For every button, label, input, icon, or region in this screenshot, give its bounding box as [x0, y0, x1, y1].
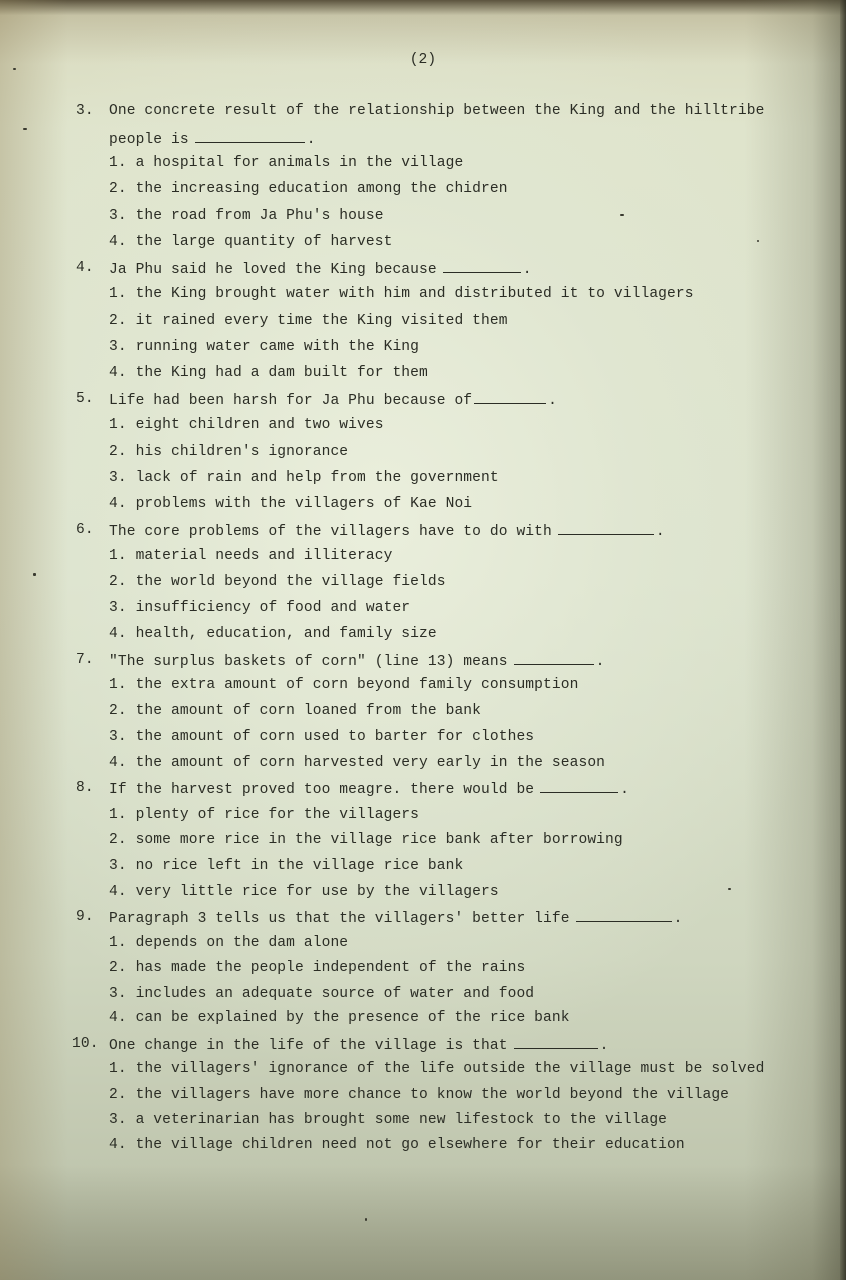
question-number: 4. — [76, 258, 94, 278]
option-4[interactable]: 4. the amount of corn harvested very ear… — [109, 753, 605, 773]
question-number: 7. — [76, 650, 94, 670]
question-number: 10. — [72, 1034, 99, 1054]
option-4[interactable]: 4. very little rice for use by the villa… — [109, 882, 499, 902]
option-4[interactable]: 4. health, education, and family size — [109, 624, 437, 644]
option-3[interactable]: 3. running water came with the King — [109, 337, 419, 357]
option-1[interactable]: 1. eight children and two wives — [109, 415, 384, 435]
blank-period: . — [307, 132, 316, 148]
option-1[interactable]: 1. the extra amount of corn beyond famil… — [109, 675, 578, 695]
answer-blank[interactable] — [558, 520, 654, 535]
question-stem: If the harvest proved too meagre. there … — [109, 782, 534, 798]
option-2[interactable]: 2. his children's ignorance — [109, 442, 348, 462]
answer-blank[interactable] — [474, 389, 546, 404]
option-1[interactable]: 1. the King brought water with him and d… — [109, 284, 694, 304]
question-stem: Ja Phu said he loved the King because — [109, 262, 437, 278]
option-1[interactable]: 1. depends on the dam alone — [109, 933, 348, 953]
paper-speck — [620, 214, 624, 216]
blank-period: . — [656, 524, 665, 540]
option-1[interactable]: 1. plenty of rice for the villagers — [109, 805, 419, 825]
paper-speck — [23, 128, 27, 130]
option-3[interactable]: 3. includes an adequate source of water … — [109, 984, 534, 1004]
option-2[interactable]: 2. it rained every time the King visited… — [109, 311, 508, 331]
option-2[interactable]: 2. the villagers have more chance to kno… — [109, 1085, 729, 1105]
paper-speck — [13, 68, 16, 70]
exam-page: (2) 3. One concrete result of the relati… — [0, 0, 846, 1280]
question-number: 9. — [76, 907, 94, 927]
option-2[interactable]: 2. the world beyond the village fields — [109, 572, 446, 592]
question-number: 6. — [76, 520, 94, 540]
option-3[interactable]: 3. lack of rain and help from the govern… — [109, 468, 499, 488]
answer-blank[interactable] — [195, 128, 305, 143]
option-2[interactable]: 2. the increasing education among the ch… — [109, 179, 508, 199]
paper-speck — [365, 1218, 367, 1221]
option-1[interactable]: 1. a hospital for animals in the village — [109, 153, 463, 173]
answer-blank[interactable] — [540, 778, 618, 793]
option-2[interactable]: 2. the amount of corn loaned from the ba… — [109, 701, 481, 721]
paper-speck — [728, 888, 731, 890]
blank-period: . — [523, 262, 532, 278]
question-number: 3. — [76, 101, 94, 121]
question-stem: Paragraph 3 tells us that the villagers'… — [109, 911, 570, 927]
paper-speck — [33, 573, 36, 576]
answer-blank[interactable] — [514, 650, 594, 665]
option-4[interactable]: 4. the village children need not go else… — [109, 1135, 685, 1155]
blank-period: . — [620, 782, 629, 798]
question-stem: One change in the life of the village is… — [109, 1038, 508, 1054]
question-stem-cont: people is — [109, 132, 189, 148]
page-number: (2) — [0, 52, 846, 68]
option-4[interactable]: 4. the large quantity of harvest — [109, 232, 392, 252]
option-3[interactable]: 3. the amount of corn used to barter for… — [109, 727, 534, 747]
paper-speck — [757, 240, 759, 242]
option-2[interactable]: 2. has made the people independent of th… — [109, 958, 525, 978]
option-1[interactable]: 1. material needs and illiteracy — [109, 546, 392, 566]
answer-blank[interactable] — [576, 907, 672, 922]
option-2[interactable]: 2. some more rice in the village rice ba… — [109, 830, 623, 850]
blank-period: . — [674, 911, 683, 927]
question-stem: Life had been harsh for Ja Phu because o… — [109, 393, 472, 409]
option-3[interactable]: 3. the road from Ja Phu's house — [109, 206, 384, 226]
option-4[interactable]: 4. problems with the villagers of Kae No… — [109, 494, 472, 514]
answer-blank[interactable] — [514, 1034, 598, 1049]
option-3[interactable]: 3. a veterinarian has brought some new l… — [109, 1110, 667, 1130]
option-3[interactable]: 3. no rice left in the village rice bank — [109, 856, 463, 876]
question-stem: The core problems of the villagers have … — [109, 524, 552, 540]
question-number: 8. — [76, 778, 94, 798]
option-3[interactable]: 3. insufficiency of food and water — [109, 598, 410, 618]
question-stem: One concrete result of the relationship … — [109, 101, 764, 121]
blank-period: . — [548, 393, 557, 409]
option-4[interactable]: 4. the King had a dam built for them — [109, 363, 428, 383]
blank-period: . — [600, 1038, 609, 1054]
blank-period: . — [596, 654, 605, 670]
option-4[interactable]: 4. can be explained by the presence of t… — [109, 1008, 570, 1028]
option-1[interactable]: 1. the villagers' ignorance of the life … — [109, 1059, 764, 1079]
answer-blank[interactable] — [443, 258, 521, 273]
question-stem: "The surplus baskets of corn" (line 13) … — [109, 654, 508, 670]
question-number: 5. — [76, 389, 94, 409]
